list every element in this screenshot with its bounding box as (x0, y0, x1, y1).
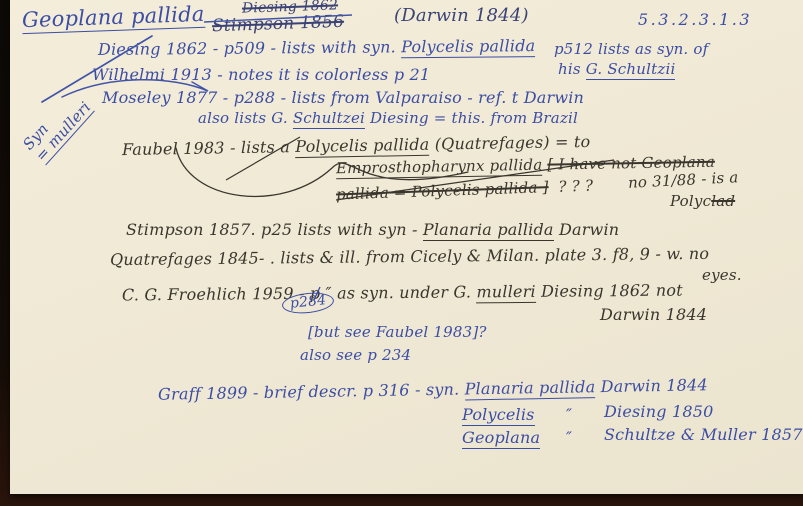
entry-graff: Graff 1899 - brief descr. p 316 - syn. P… (158, 376, 708, 403)
entry-graff-prefix: Graff 1899 - brief descr. p 316 - syn. (158, 379, 465, 403)
entry-diesing-note2-species: G. Schultzii (586, 60, 676, 80)
emprosthopharynx-query: ? ? ? (558, 177, 593, 196)
emprosthopharynx-species: Emprosthopharynx pallida (336, 156, 543, 180)
polyclad-kept: Polyc (670, 192, 711, 210)
froehlich-also-see-note: also see p 234 (300, 347, 411, 364)
title-original-author: (Darwin 1844) (394, 6, 529, 26)
emprosthopharynx-polyclad: Polyclad (670, 193, 735, 210)
entry-faubel-species: Polycelis pallida (295, 135, 430, 158)
entry-froehlich-suffix: Diesing 1862 not (536, 281, 683, 301)
entry-faubel-suffix: (Quatrefages) = to (429, 132, 590, 154)
graff-polycelis: Polycelis (462, 405, 535, 426)
entry-froehlich-species: mulleri (476, 282, 536, 304)
entry-froehlich: C. G. Froehlich 1959 - p ″ as syn. under… (122, 282, 683, 304)
entry-moseley-line2-prefix: also lists G. (198, 109, 293, 127)
index-card: Geoplana pallida Diesing 1862 Stimpson 1… (10, 0, 803, 494)
entry-stimpson-suffix: Darwin (554, 220, 620, 239)
species-name: Geoplana pallida (22, 2, 205, 34)
entry-diesing-text: Diesing 1862 - p509 - lists with syn. (98, 37, 401, 59)
entry-froehlich-darwin: Darwin 1844 (600, 306, 707, 324)
entry-quatrefages-eyes: eyes. (702, 267, 742, 284)
emprosthopharynx-struck2: pallida = Polycelis pallida ] (336, 178, 549, 203)
entry-moseley-line2-species: Schultzei (293, 109, 365, 129)
froehlich-page-circle: p284 (282, 293, 334, 313)
froehlich-but-see-note: [but see Faubel 1983]? (308, 324, 487, 341)
entry-moseley-line2-suffix: Diesing = this. from Brazil (365, 109, 578, 127)
graff-row2-ditto: ″ (566, 406, 572, 424)
graff-row3-ditto: ″ (566, 429, 572, 447)
entry-faubel-prefix: Faubel 1983 - lists a (122, 137, 296, 159)
entry-emprosthopharynx-line2: pallida = Polycelis pallida ] ? ? ? (336, 178, 594, 203)
margin-synonym-note: Syn = mulleri (20, 87, 95, 165)
graff-row2-species: Polycelis (462, 406, 535, 424)
graff-row3-species: Geoplana (462, 429, 540, 447)
entry-faubel: Faubel 1983 - lists a Polycelis pallida … (122, 133, 591, 159)
entry-diesing-species: Polycelis pallida (401, 36, 535, 58)
circled-page-number: p284 (281, 290, 335, 316)
polyclad-struck: lad (711, 192, 735, 210)
card-title-species: Geoplana pallida (22, 3, 205, 32)
entry-diesing-note1: p512 lists as syn. of (554, 41, 708, 58)
entry-moseley-line2: also lists G. Schultzei Diesing = this. … (198, 110, 578, 127)
entry-graff-species: Planaria pallida (464, 377, 595, 400)
entry-graff-author: Darwin 1844 (600, 375, 707, 396)
entry-stimpson-prefix: Stimpson 1857. p25 lists with syn - (126, 220, 423, 239)
title-struck-author: Stimpson 1856 (212, 13, 345, 36)
graff-row2-author: Diesing 1850 (604, 403, 714, 421)
entry-diesing-note2: his G. Schultzii (558, 61, 675, 78)
card-code-number: 5.3.2.3.1.3 (638, 11, 752, 29)
entry-stimpson-species: Planaria pallida (423, 220, 554, 241)
graff-geoplana: Geoplana (462, 428, 540, 449)
graff-row3-author: Schultze & Muller 1857 (604, 426, 803, 444)
entry-quatrefages: Quatrefages 1845- . lists & ill. from Ci… (110, 245, 709, 269)
entry-diesing: Diesing 1862 - p509 - lists with syn. Po… (98, 37, 535, 58)
entry-stimpson: Stimpson 1857. p25 lists with syn - Plan… (126, 221, 619, 239)
emprosthopharynx-number-note: no 31/88 - is a (628, 169, 739, 191)
entry-moseley: Moseley 1877 - p288 - lists from Valpara… (102, 89, 584, 107)
entry-wilhelmi: Wilhelmi 1913 - notes it is colorless p … (92, 66, 430, 84)
entry-diesing-note2-prefix: his (558, 60, 586, 78)
